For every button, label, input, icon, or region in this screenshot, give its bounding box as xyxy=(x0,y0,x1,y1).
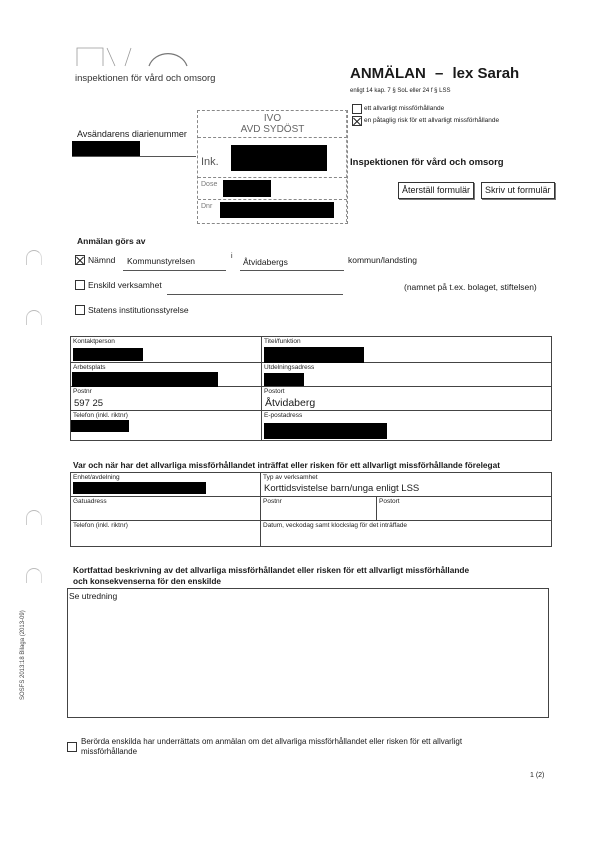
redacted-utdelningsadress xyxy=(264,373,304,386)
stamp-line2: AVD SYDÖST xyxy=(198,124,347,135)
sender-reference-label: Avsändarens diarienummer xyxy=(77,129,187,139)
description-value: Se utredning xyxy=(69,591,117,601)
title-main: ANMÄLAN xyxy=(350,65,426,82)
reporter-heading: Anmälan görs av xyxy=(77,236,146,246)
redacted-arbetsplats xyxy=(72,372,218,387)
kontaktperson-label: Kontaktperson xyxy=(73,338,115,345)
stamp-dnr-label: Dnr xyxy=(201,203,212,210)
postort-label: Postort xyxy=(264,388,285,395)
stamp-line1: IVO xyxy=(198,113,347,124)
redacted-ink-date xyxy=(231,145,327,171)
authority-name: Inspektionen för vård och omsorg xyxy=(350,157,504,168)
incident-postort-label: Postort xyxy=(379,498,400,505)
incident-postnr-label: Postnr xyxy=(263,498,282,505)
description-heading-line2: och konsekvenserna för den enskilde xyxy=(73,576,221,586)
kontaktperson-cell[interactable]: Kontaktperson xyxy=(71,337,262,363)
enskild-verksamhet-hint: (namnet på t.ex. bolaget, stiftelsen) xyxy=(404,282,537,292)
stamp-edge xyxy=(346,110,347,222)
stamp-divider xyxy=(198,177,347,178)
telefon-cell[interactable]: Telefon (inkl. riktnr) xyxy=(71,411,262,440)
option-label: ett allvarligt missförhållande xyxy=(364,105,444,112)
contact-table: Kontaktperson Titel/funktion Arbetsplats… xyxy=(70,336,552,441)
municipality-suffix: kommun/landsting xyxy=(348,255,417,265)
redacted-enhet xyxy=(73,482,206,494)
enskild-verksamhet-label: Enskild verksamhet xyxy=(88,280,162,290)
incident-postnr-cell[interactable]: Postnr xyxy=(261,497,377,521)
stamp-divider xyxy=(198,137,347,138)
incident-telefon-label: Telefon (inkl. riktnr) xyxy=(73,522,128,529)
datum-label: Datum, veckodag samt klockslag för det i… xyxy=(263,522,407,529)
postnr-value: 597 25 xyxy=(74,398,103,409)
utdelningsadress-cell[interactable]: Utdelningsadress xyxy=(262,363,551,387)
informed-label-line1: Berörda enskilda har underrättats om anm… xyxy=(81,737,462,746)
postnr-label: Postnr xyxy=(73,388,92,395)
logo-text: inspektionen för vård och omsorg xyxy=(75,73,215,84)
title-dash: – xyxy=(435,65,443,82)
epost-label: E-postadress xyxy=(264,412,302,419)
reset-form-button[interactable]: Återställ formulär xyxy=(398,182,474,199)
titel-label: Titel/funktion xyxy=(264,338,301,345)
municipality-underline xyxy=(240,270,344,271)
utdelningsadress-label: Utdelningsadress xyxy=(264,364,314,371)
enskild-verksamhet-checkbox[interactable] xyxy=(75,280,85,290)
form-title: ANMÄLAN – lex Sarah xyxy=(350,65,519,82)
ivo-stamp: IVO AVD SYDÖST Ink. Dose Dnr xyxy=(197,110,348,224)
statens-institutionsstyrelse-label: Statens institutionsstyrelse xyxy=(88,305,189,315)
in-label: i xyxy=(231,253,233,260)
incident-heading: Var och när har det allvarliga missförhå… xyxy=(73,460,500,470)
gatuadress-cell[interactable]: Gatuadress xyxy=(71,497,261,521)
stamp-dose-label: Dose xyxy=(201,181,217,188)
namnd-checkbox[interactable] xyxy=(75,255,85,265)
namnd-field[interactable]: Kommunstyrelsen xyxy=(127,256,195,266)
description-heading-line1: Kortfattad beskrivning av det allvarliga… xyxy=(73,565,469,575)
postnr-cell[interactable]: Postnr 597 25 xyxy=(71,387,262,411)
statens-institutionsstyrelse-checkbox[interactable] xyxy=(75,305,85,315)
telefon-label: Telefon (inkl. riktnr) xyxy=(73,412,128,419)
title-sub: lex Sarah xyxy=(453,65,520,82)
redacted-sender-reference xyxy=(72,141,140,157)
option-checkbox-missforhallande[interactable] xyxy=(352,104,362,114)
description-textarea[interactable]: Se utredning xyxy=(67,588,549,718)
enskild-verksamhet-field[interactable] xyxy=(167,294,343,295)
redacted-dose xyxy=(223,180,271,197)
stamp-ink-label: Ink. xyxy=(201,156,219,168)
namnd-underline xyxy=(123,270,226,271)
punch-hole xyxy=(26,510,42,525)
informed-label-line2: missförhållande xyxy=(81,747,137,756)
legal-reference: enligt 14 kap. 7 § SoL eller 24 f § LSS xyxy=(350,88,451,94)
gatuadress-label: Gatuadress xyxy=(73,498,107,505)
redacted-epost xyxy=(264,423,387,439)
redacted-telefon xyxy=(71,420,129,432)
incident-table: Enhet/avdelning Typ av verksamhet Kortti… xyxy=(70,472,552,547)
typ-av-verksamhet-cell[interactable]: Typ av verksamhet Korttidsvistelse barn/… xyxy=(261,473,551,497)
postort-cell[interactable]: Postort Åtvidaberg xyxy=(262,387,551,411)
redacted-titel xyxy=(264,347,364,363)
redacted-dnr xyxy=(220,202,334,218)
typ-av-verksamhet-value: Korttidsvistelse barn/unga enligt LSS xyxy=(264,483,419,494)
enhet-label: Enhet/avdelning xyxy=(73,474,120,481)
option-checkbox-risk[interactable] xyxy=(352,116,362,126)
print-form-button[interactable]: Skriv ut formulär xyxy=(481,182,555,199)
epost-cell[interactable]: E-postadress xyxy=(262,411,551,440)
enhet-cell[interactable]: Enhet/avdelning xyxy=(71,473,261,497)
page-number: 1 (2) xyxy=(530,772,544,779)
namnd-label: Nämnd xyxy=(88,255,115,265)
punch-hole xyxy=(26,250,42,265)
incident-telefon-cell[interactable]: Telefon (inkl. riktnr) xyxy=(71,521,261,546)
datum-cell[interactable]: Datum, veckodag samt klockslag för det i… xyxy=(261,521,551,546)
stamp-divider xyxy=(198,199,347,200)
postort-value: Åtvidaberg xyxy=(265,397,315,409)
arbetsplats-label: Arbetsplats xyxy=(73,364,106,371)
sender-reference-underline xyxy=(72,156,196,157)
ivo-logo-icon xyxy=(75,44,195,66)
informed-checkbox[interactable] xyxy=(67,742,77,752)
punch-hole xyxy=(26,310,42,325)
typ-av-verksamhet-label: Typ av verksamhet xyxy=(263,474,318,481)
incident-postort-cell[interactable]: Postort xyxy=(377,497,551,521)
punch-hole xyxy=(26,568,42,583)
option-label: en påtaglig risk för ett allvarligt miss… xyxy=(364,117,499,124)
redacted-kontaktperson xyxy=(73,348,143,361)
municipality-field[interactable]: Åtvidabergs xyxy=(243,257,288,267)
form-code: SOSFS 2013:18 Bilaga (2013-09) xyxy=(20,610,26,700)
arbetsplats-cell[interactable]: Arbetsplats xyxy=(71,363,262,387)
titel-cell[interactable]: Titel/funktion xyxy=(262,337,551,363)
